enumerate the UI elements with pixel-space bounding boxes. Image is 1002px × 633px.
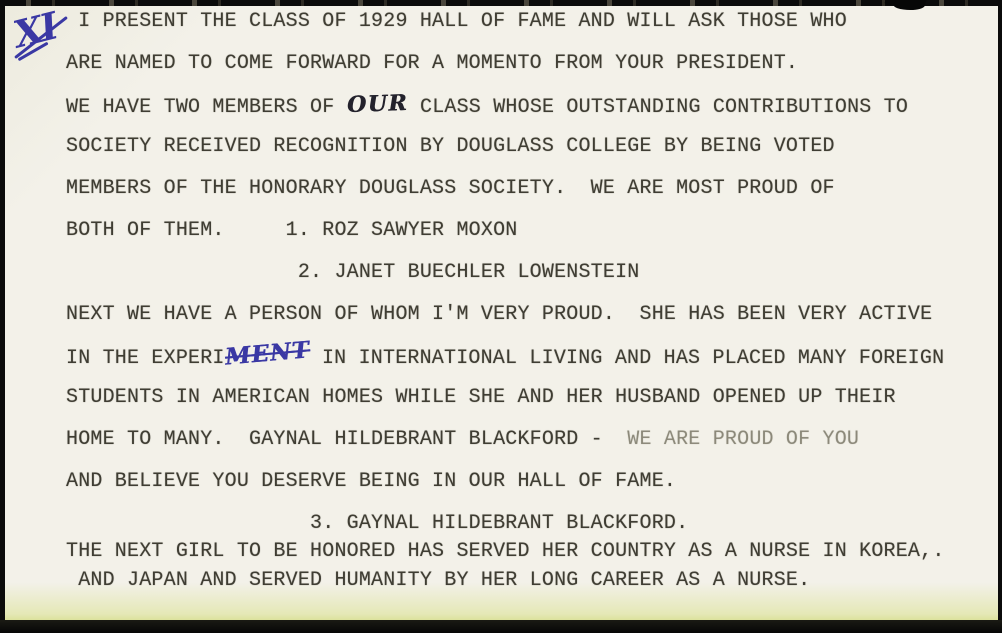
typed-text: IN INTERNATIONAL LIVING AND HAS PLACED M…: [310, 347, 945, 370]
typed-text: AND BELIEVE YOU DESERVE BEING IN OUR HAL…: [66, 470, 676, 493]
typed-text: NEXT WE HAVE A PERSON OF WHOM I'M VERY P…: [66, 303, 932, 326]
typed-text: WE HAVE TWO MEMBERS OF: [66, 96, 347, 119]
typed-line: ARE NAMED TO COME FORWARD FOR A MOMENTO …: [66, 50, 992, 92]
typed-line: 3. GAYNAL HILDEBRANT BLACKFORD.: [66, 510, 992, 539]
typed-line: THE NEXT GIRL TO BE HONORED HAS SERVED H…: [66, 538, 992, 567]
typed-line: 2. JANET BUECHLER LOWENSTEIN: [66, 259, 992, 301]
handwritten-correction-dark: OUR: [346, 90, 408, 119]
margin-annotation: XI: [14, 6, 66, 60]
typed-line: NEXT WE HAVE A PERSON OF WHOM I'M VERY P…: [66, 301, 992, 343]
typed-text: SOCIETY RECEIVED RECOGNITION BY DOUGLASS…: [66, 135, 835, 158]
typed-line: WE HAVE TWO MEMBERS OF OUR CLASS WHOSE O…: [66, 92, 992, 134]
scan-edge-top: [0, 0, 1002, 6]
document-scan: XI I PRESENT THE CLASS OF 1929 HALL OF F…: [0, 0, 1002, 633]
typed-text: HOME TO MANY. GAYNAL HILDEBRANT BLACKFOR…: [66, 428, 627, 451]
typed-text: CLASS WHOSE OUTSTANDING CONTRIBUTIONS TO: [408, 96, 908, 119]
typed-text: STUDENTS IN AMERICAN HOMES WHILE SHE AND…: [66, 386, 896, 409]
typed-text: IN THE EXPERI: [66, 347, 225, 370]
typed-text: AND JAPAN AND SERVED HUMANITY BY HER LON…: [66, 569, 810, 592]
typed-text: ARE NAMED TO COME FORWARD FOR A MOMENTO …: [66, 52, 798, 75]
typed-line: BOTH OF THEM. 1. ROZ SAWYER MOXON: [66, 217, 992, 259]
typed-text-block: I PRESENT THE CLASS OF 1929 HALL OF FAME…: [66, 8, 992, 595]
typed-text: I PRESENT THE CLASS OF 1929 HALL OF FAME…: [66, 10, 847, 33]
handwritten-correction-blue: MENT: [223, 337, 310, 371]
typed-line: I PRESENT THE CLASS OF 1929 HALL OF FAME…: [66, 8, 992, 50]
typed-line: IN THE EXPERIMENT IN INTERNATIONAL LIVIN…: [66, 342, 992, 384]
typed-line: AND BELIEVE YOU DESERVE BEING IN OUR HAL…: [66, 468, 992, 510]
scan-edge-bottom: [0, 620, 1002, 633]
scan-edge-right: [998, 0, 1002, 633]
typed-text: MEMBERS OF THE HONORARY DOUGLASS SOCIETY…: [66, 177, 835, 200]
typed-line: SOCIETY RECEIVED RECOGNITION BY DOUGLASS…: [66, 133, 992, 175]
typed-text: 3. GAYNAL HILDEBRANT BLACKFORD.: [66, 512, 688, 535]
typed-line: MEMBERS OF THE HONORARY DOUGLASS SOCIETY…: [66, 175, 992, 217]
typed-line: STUDENTS IN AMERICAN HOMES WHILE SHE AND…: [66, 384, 992, 426]
typed-text: THE NEXT GIRL TO BE HONORED HAS SERVED H…: [66, 540, 945, 563]
typed-line: HOME TO MANY. GAYNAL HILDEBRANT BLACKFOR…: [66, 426, 992, 468]
typed-line: AND JAPAN AND SERVED HUMANITY BY HER LON…: [66, 567, 992, 596]
scan-edge-left: [0, 0, 5, 633]
typed-text: 2. JANET BUECHLER LOWENSTEIN: [66, 261, 640, 284]
typed-text-faint: WE ARE PROUD OF YOU: [627, 428, 859, 451]
typed-text: BOTH OF THEM. 1. ROZ SAWYER MOXON: [66, 219, 517, 242]
scanned-document-screenshot: { "scan": { "margin_note": "XI", "paper_…: [0, 0, 1002, 633]
